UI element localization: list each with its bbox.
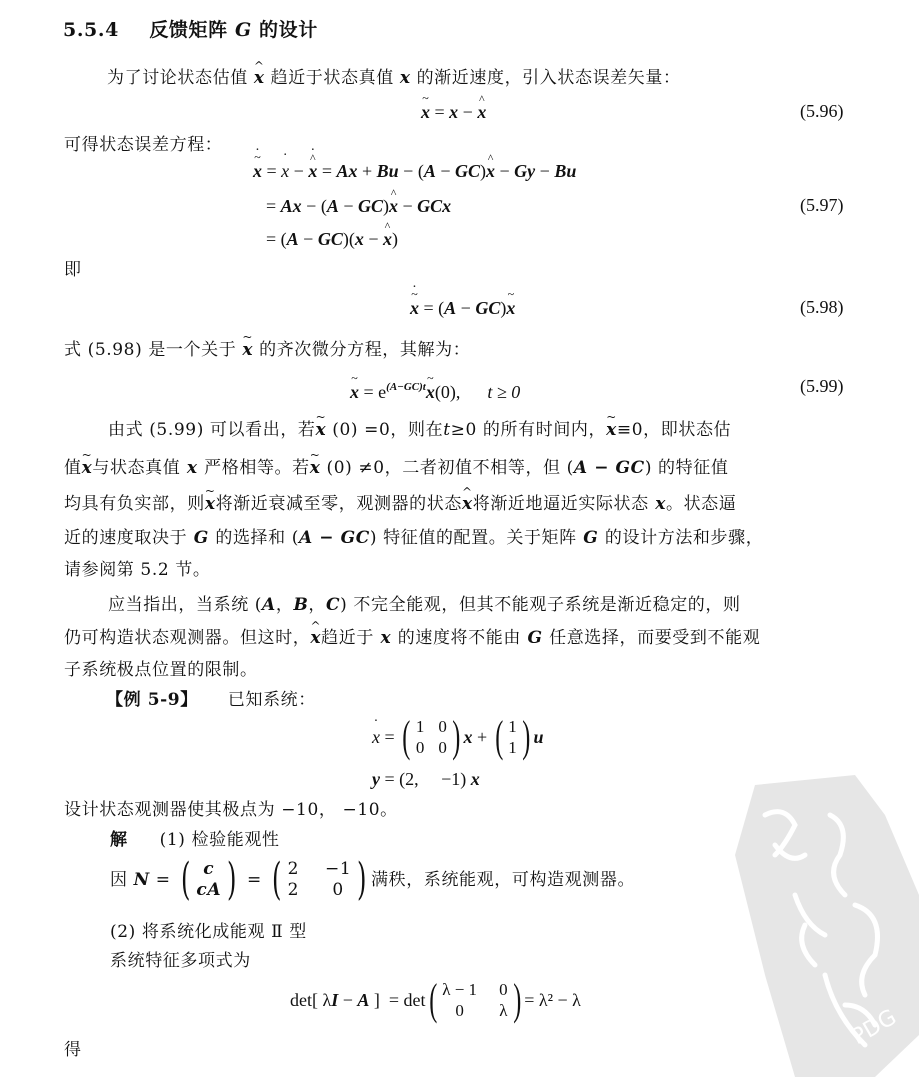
matrix-N-numeric: ( 2−1 20 ) [268,858,371,902]
paragraph-3-line-5: 请参阅第 5.2 节。 [64,560,210,580]
text: 任意选择，而要受到不能观 [549,628,760,648]
arg: (0), [435,382,461,402]
char-poly-intro: 系统特征多项式为 [110,951,251,971]
text: 的设计方法和步骤， [605,528,763,548]
paragraph-3-line-3: 均具有负实部，则x~将渐近衰减至零，观测器的状态x^将渐近地逼近实际状态 x。状… [64,494,736,514]
text-de: 得 [64,1040,82,1060]
text: B [293,595,308,615]
example-intro: 已知系统： [228,690,316,710]
equation-number: (5.96) [800,101,844,122]
paragraph-3-line-2: 值x~与状态真值 x 严格相等。若x~ (0) ≠0，二者初值不相等，但 (A … [64,458,728,478]
equation-5-98: x~· = (A − GC)x~ [410,297,515,319]
text: 的选择和 ( [215,528,299,548]
equation-5-96: x~ = x − x^ [421,101,486,123]
text: A − GC [299,528,370,548]
solution-step-2: (2) 将系统化成能观 Ⅱ 型 [110,922,307,942]
matrix-N-symbolic: ( c cA ) [177,858,241,902]
equation-number: (5.98) [800,297,844,318]
text: ) 不完全能观，但其不能观子系统是渐近稳定的，则 [340,595,740,615]
paragraph-intro: 为了讨论状态估值 x^ 趋近于状态真值 x 的渐近速度，引入状态误差矢量： [107,68,681,88]
x-hat-symbol: x^ [254,68,265,88]
text: A [262,595,276,615]
text: t [443,420,450,440]
text: ≥0 的所有时间内， [451,420,606,440]
example-task: 设计状态观测器使其极点为 −10， −10。 [64,800,398,820]
text: (0) =0，则在 [326,420,443,440]
text: 式 (5.98) 是一个关于 [64,340,236,360]
example-state-equation: x· = ( 10 00 ) x + ( 1 1 ) u [372,715,543,759]
equation-5-97-line1: x~· = x· − x^· = Ax + Bu − (A − GC)x^ − … [253,160,576,182]
condition: t ≥ 0 [487,382,520,402]
section-title-symbol: G [235,19,252,41]
x-symbol: x [400,68,411,88]
section-heading: 5.5.4 反馈矩阵 G 的设计 [63,20,318,40]
text: 由式 (5.99) 可以看出，若 [108,420,316,440]
equation-5-99: x~ = e(A−GC)tx~(0), t ≥ 0 [350,376,520,403]
paragraph-homogeneous: 式 (5.98) 是一个关于 x~ 的齐次微分方程，其解为： [64,340,470,360]
text: 均具有负实部，则 [64,494,205,514]
text-ji: 即 [64,260,82,280]
equation-5-97-line3: = (A − GC)(x − x^) [266,228,398,250]
text: ， [308,595,326,615]
watermark-seal-icon: PDG [735,775,919,1077]
section-title-suffix: 的设计 [259,19,318,41]
text: 的速度将不能由 [398,628,521,648]
paragraph-4-line-1: 应当指出，当系统 (A，B，C) 不完全能观，但其不能观子系统是渐近稳定的，则 [108,595,741,615]
example-label: 【例 5-9】 [106,690,198,710]
characteristic-polynomial: det[ λI − A ] = det ( λ − 10 0λ ) = λ² −… [290,978,581,1022]
matrix-B: ( 1 1 ) [492,715,534,759]
text: 。状态逼 [666,494,736,514]
equation-number: (5.99) [800,376,844,397]
paragraph-4-line-3: 子系统极点位置的限制。 [64,660,258,680]
text: (1) 检验能观性 [160,830,280,850]
equation-5-97-line2: = Ax − (A − GC)x^ − GCx [266,195,451,217]
solution-step-1: 解 (1) 检验能观性 [110,830,280,850]
text: ) 的特征值 [645,458,729,478]
section-title-prefix: 反馈矩阵 [149,19,227,41]
exponent: (A−GC)t [386,381,426,393]
text: ) 特征值的配置。关于矩阵 [370,528,577,548]
solution-label: 解 [110,830,128,850]
text: 与状态真值 [92,458,180,478]
text: ， [276,595,294,615]
text: ≡0，即状态估 [617,420,731,440]
paragraph-4-line-2: 仍可构造状态观测器。但这时，x^趋近于 x 的速度将不能由 G 任意选择，而要受… [64,628,760,648]
text: 的齐次微分方程，其解为： [259,340,470,360]
matrix-A: ( 10 00 ) [399,715,463,759]
paragraph-3-line-4: 近的速度取决于 G 的选择和 (A − GC) 特征值的配置。关于矩阵 G 的设… [64,528,763,548]
matrix-lambda: ( λ − 10 0λ ) [426,978,525,1022]
text: (0) ≠0，二者初值不相等，但 ( [321,458,574,478]
text: 趋近于状态真值 [271,68,394,88]
text: 为了讨论状态估值 [107,68,248,88]
text: 仍可构造状态观测器。但这时， [64,628,310,648]
example-output-equation: y = (2, −1) x [372,768,480,790]
text: A − GC [574,458,645,478]
text: 应当指出，当系统 ( [108,595,262,615]
text: 将渐近地逼近实际状态 [473,494,649,514]
text: 将渐近衰减至零，观测器的状态 [216,494,462,514]
paragraph-3-line-1: 由式 (5.99) 可以看出，若x~ (0) =0，则在t≥0 的所有时间内，x… [108,420,731,440]
equation-number: (5.97) [800,195,844,216]
text: 趋近于 [321,628,374,648]
text-error-equation: 可得状态误差方程： [64,135,222,155]
text: 值 [64,458,82,478]
text: 严格相等。若 [204,458,310,478]
exp-base: e [378,382,386,402]
observability-matrix-line: 因 N = ( c cA ) = ( 2−1 20 ) 满秩，系统能观，可构造观… [110,858,635,902]
section-number: 5.5.4 [63,19,119,41]
text: 的渐近速度，引入状态误差矢量： [417,68,681,88]
example-heading: 【例 5-9】 已知系统： [106,690,316,710]
text: 近的速度取决于 [64,528,187,548]
text: C [326,595,340,615]
